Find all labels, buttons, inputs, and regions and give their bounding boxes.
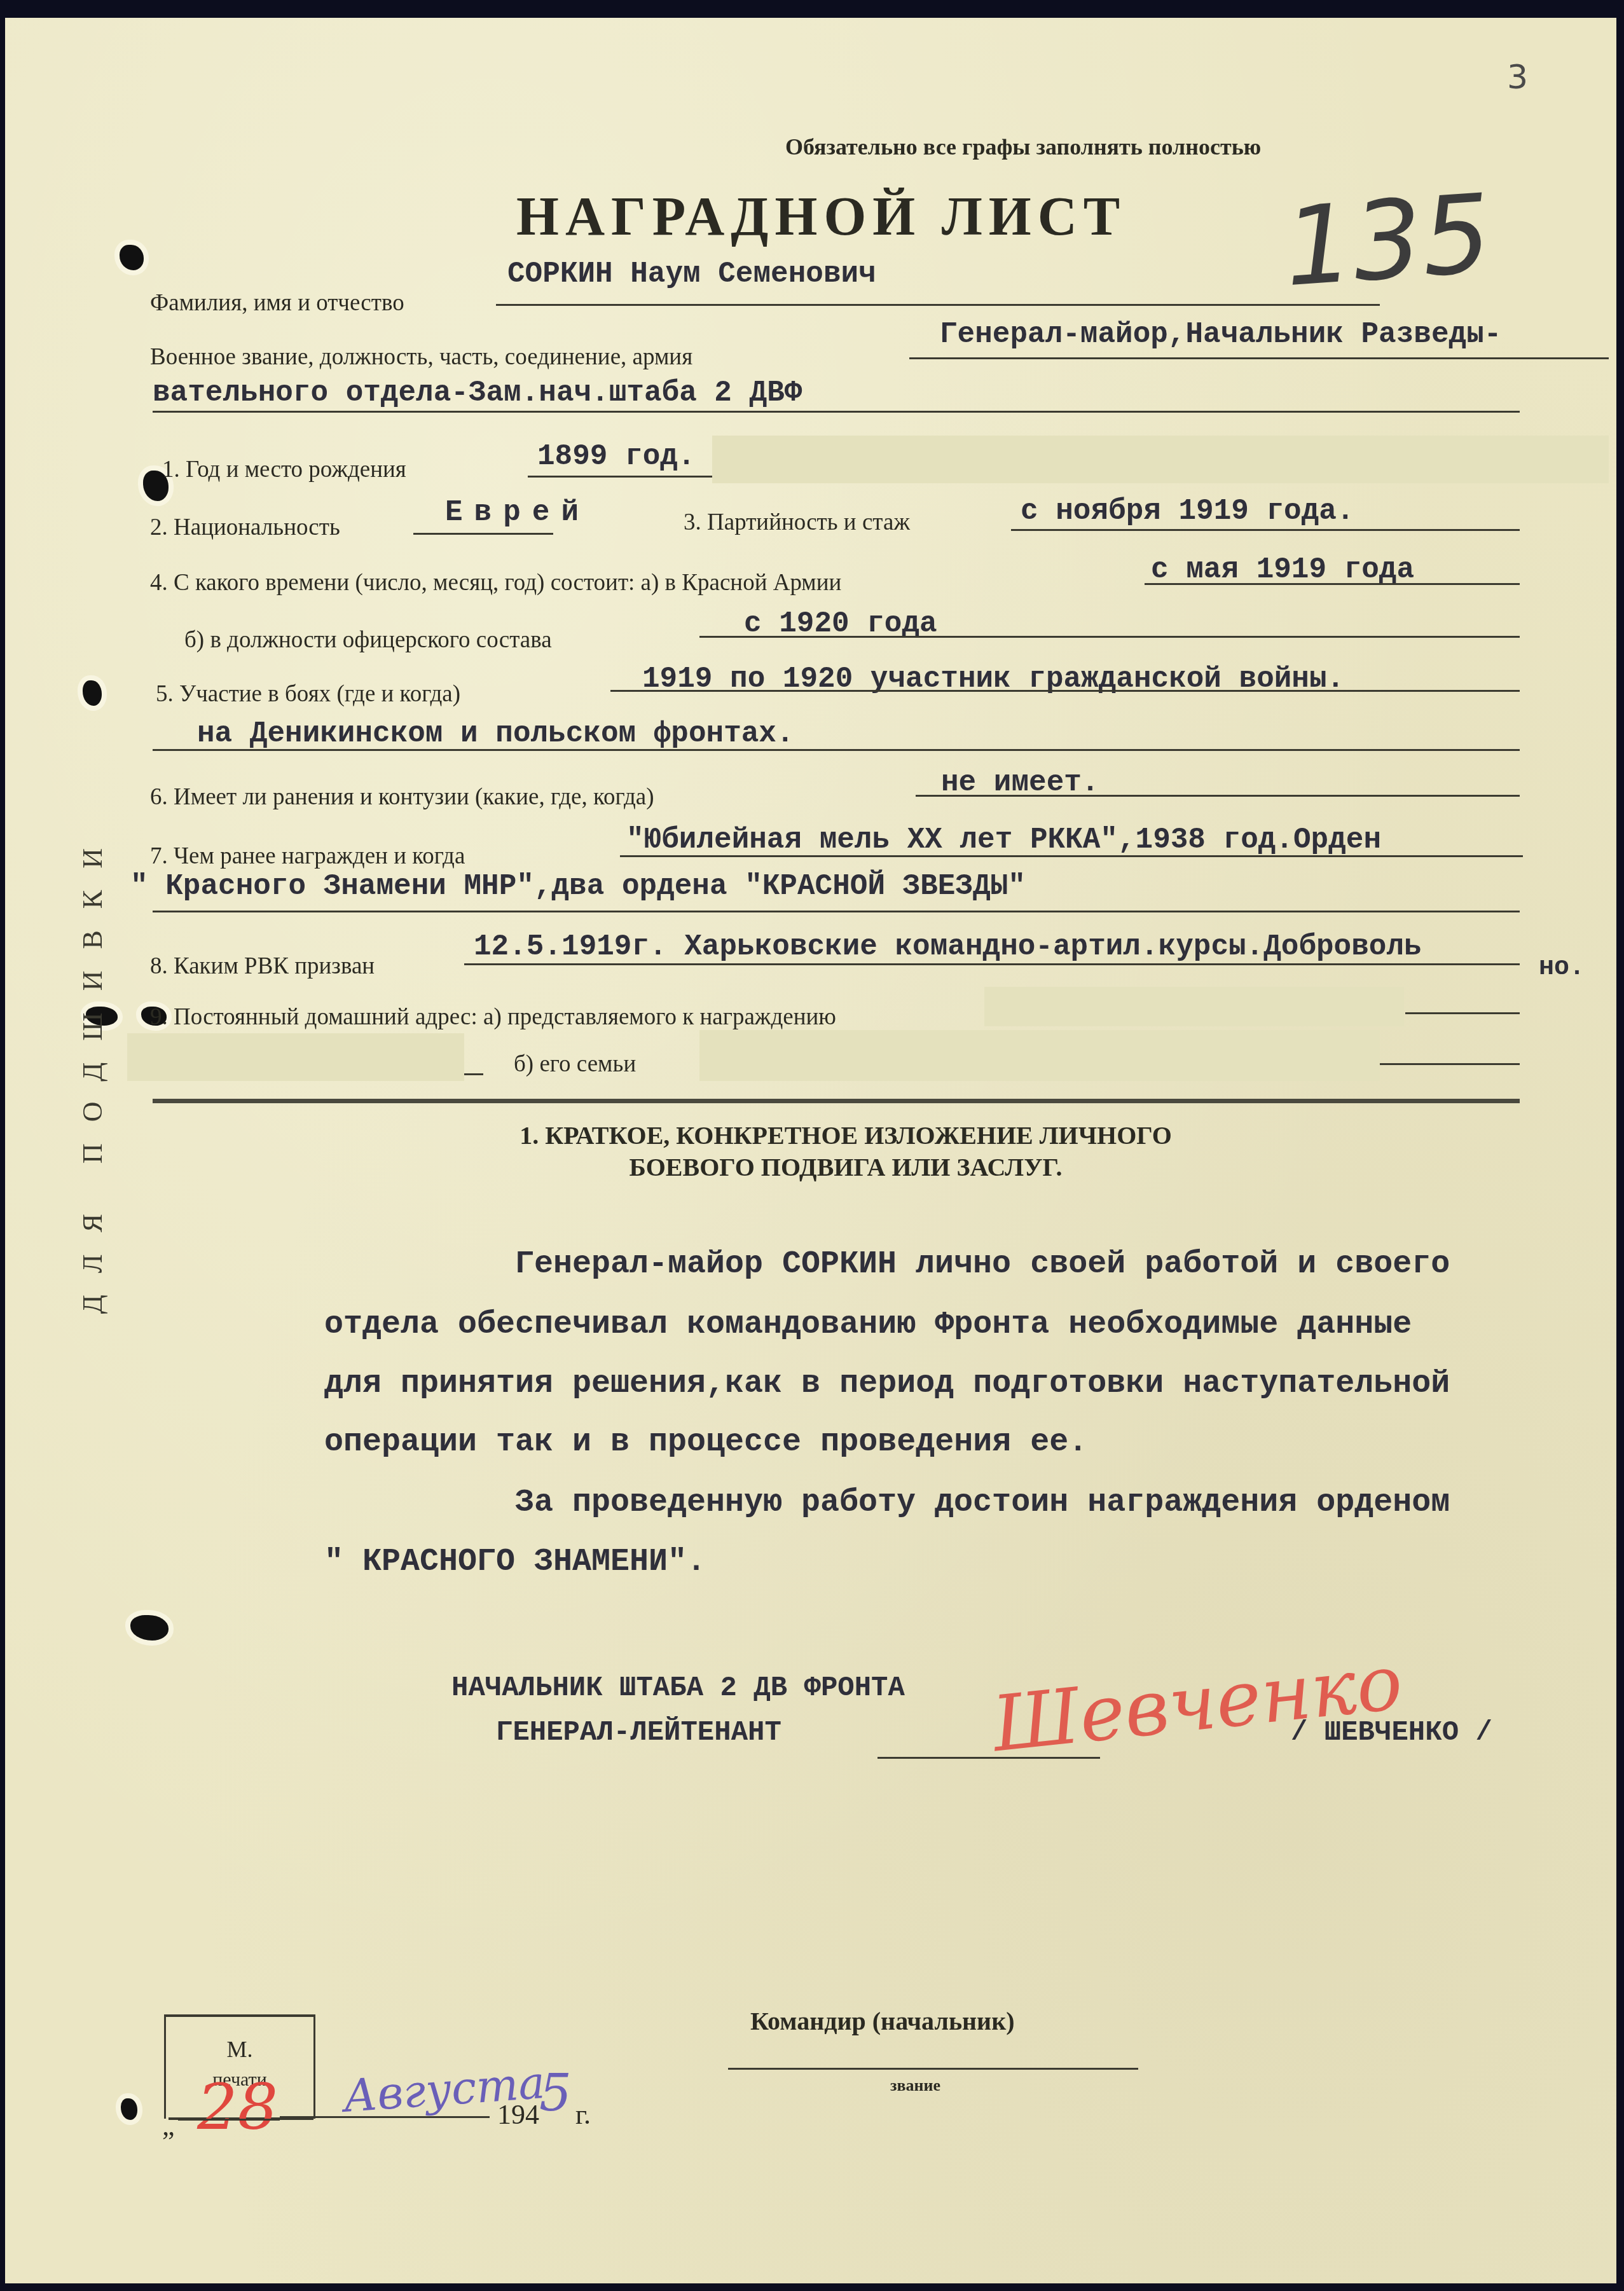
page-number: 3 (1507, 58, 1528, 97)
section-heading-1: 1. КРАТКОЕ, КОНКРЕТНОЕ ИЗЛОЖЕНИЕ ЛИЧНОГО (401, 1120, 1291, 1150)
wounds-line (916, 795, 1520, 797)
merit-text-line: Генерал-майор СОРКИН лично своей работой… (515, 1246, 1450, 1283)
conscription-label: 8. Каким РВК призван (150, 953, 375, 980)
battles-value-2: на Деникинском и польском фронтах. (197, 717, 794, 750)
nationality-label: 2. Национальность (150, 514, 340, 541)
birth-value: 1899 год. (537, 440, 695, 473)
address-line (1405, 1012, 1520, 1014)
seal-m: М. (166, 2036, 313, 2063)
signatory-position-1: НАЧАЛЬНИК ШТАБА 2 ДВ ФРОНТА (451, 1672, 905, 1704)
party-label: 3. Партийность и стаж (684, 509, 910, 536)
rank-value-1: Генерал-майор,Начальник Разведы- (940, 318, 1501, 351)
date-year-suffix: 5 (539, 2063, 572, 2122)
section-heading-2: БОЕВОГО ПОДВИГА ИЛИ ЗАСЛУГ. (401, 1152, 1291, 1182)
prior-awards-label: 7. Чем ранее награжден и когда (150, 843, 465, 870)
party-line (1011, 529, 1520, 531)
prior-awards-value-1: "Юбилейная мель XX лет РККА",1938 год.Ор… (626, 823, 1381, 857)
birth-label: 1. Год и место рождения (162, 456, 406, 483)
merit-text-line: За проведенную работу достоин награждени… (515, 1485, 1450, 1521)
binding-label: ДЛЯ ПОДШИВКИ (76, 827, 109, 1314)
merit-text-line: " КРАСНОГО ЗНАМЕНИ". (324, 1544, 706, 1580)
address-line-2 (464, 1073, 483, 1075)
family-address-label: б) его семьи (514, 1050, 636, 1078)
service-since-label: 4. С какого времени (число, месяц, год) … (150, 569, 841, 596)
rank-line-2 (153, 411, 1520, 413)
name-line (496, 304, 1380, 306)
nationality-line (413, 533, 553, 535)
date-month-line (280, 2116, 490, 2118)
name-value: СОРКИН Наум Семенович (507, 258, 876, 291)
signatory-position-2: ГЕНЕРАЛ-ЛЕЙТЕНАНТ (496, 1717, 781, 1749)
date-day-line (178, 2119, 280, 2121)
redacted-birthplace (712, 436, 1609, 483)
date-day: 28 (197, 2070, 278, 2144)
rank-value-2: вательного отдела-Зам.нач.штаба 2 ДВФ (153, 376, 802, 409)
pencil-mark: 135 (1280, 171, 1495, 311)
prior-awards-value-2: " Красного Знамени МНР",два ордена "КРАС… (130, 870, 1026, 903)
section-divider (153, 1099, 1520, 1103)
family-address-line (1380, 1063, 1520, 1065)
battles-label: 5. Участие в боях (где и когда) (156, 680, 460, 708)
officer-since-line (699, 636, 1520, 638)
prior-awards-line-1 (620, 855, 1523, 857)
fill-notice: Обязательно все графы заполнять полность… (785, 134, 1261, 160)
service-since-value: с мая 1919 года (1151, 553, 1414, 586)
redacted-family-address (699, 1030, 1380, 1081)
date-open-quote: „ (162, 2110, 175, 2142)
commander-label: Командир (начальник) (750, 2006, 1015, 2036)
date-year-prefix: 194 (497, 2098, 539, 2131)
address-label: 9. Постоянный домашний адрес: а) предста… (150, 1003, 836, 1031)
party-value: с ноября 1919 года. (1021, 495, 1354, 528)
officer-since-label: б) в должности офицерского состава (184, 626, 552, 654)
signatory-name: / ШЕВЧЕНКО / (1291, 1717, 1492, 1749)
punch-hole (121, 2098, 137, 2120)
name-label: Фамилия, имя и отчество (150, 289, 404, 317)
conscription-line (464, 963, 1520, 965)
service-since-line (1145, 583, 1520, 585)
battles-line-2 (153, 749, 1520, 751)
commander-rank-line (728, 2068, 1138, 2070)
redacted-address-cont (127, 1033, 464, 1081)
rank-label: Военное звание, должность, часть, соедин… (150, 343, 692, 371)
conscription-value-suffix: но. (1539, 954, 1585, 982)
rank-caption: звание (890, 2076, 940, 2095)
document-title: НАГРАДНОЙ ЛИСТ (516, 184, 1126, 248)
conscription-value: 12.5.1919г. Харьковские командно-артил.к… (474, 930, 1422, 963)
wounds-label: 6. Имеет ли ранения и контузии (какие, г… (150, 783, 654, 811)
rank-line-1 (909, 357, 1609, 359)
prior-awards-line-2 (153, 911, 1520, 912)
merit-text-line: для принятия решения,как в период подгот… (324, 1366, 1450, 1402)
merit-text-line: операции так и в процессе проведения ее. (324, 1424, 1087, 1461)
date-year-end: г. (575, 2098, 591, 2131)
redacted-address (984, 987, 1404, 1026)
merit-text-line: отдела обеспечивал командованию Фронта н… (324, 1307, 1412, 1343)
nationality-value: Еврей (445, 496, 590, 529)
battles-line-1 (610, 690, 1520, 692)
